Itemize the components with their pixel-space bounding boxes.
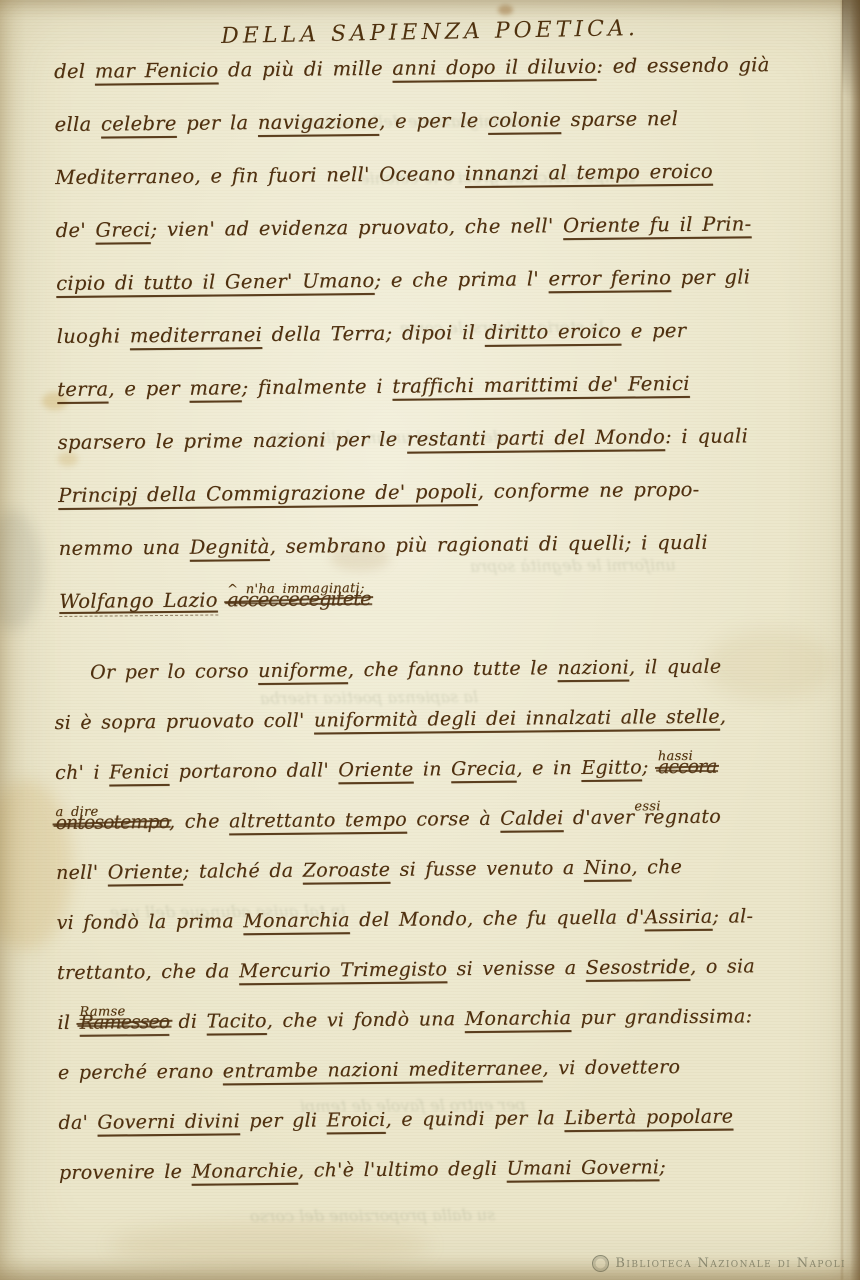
underlined-text: traffichi marittimi de' Fenici (392, 372, 690, 398)
manuscript-line: il RamseRamesseo di Tacito, che vi fondò… (57, 1005, 755, 1062)
text-run: ; e che prima l' (374, 267, 548, 292)
text-run: e perché erano (58, 1060, 223, 1084)
text-run: , conforme ne propo- (478, 478, 700, 503)
underlined-text: Zoroaste (303, 859, 391, 882)
underlined-text: entrambe nazioni mediterranee (223, 1057, 543, 1082)
library-emblem-icon (592, 1255, 609, 1272)
text-run: , che (169, 810, 229, 833)
underlined-text: Oriente fu il Prin- (563, 212, 752, 237)
manuscript-line: Principj della Commigrazione de' popoli,… (58, 477, 774, 537)
underlined-text: error ferino (548, 266, 671, 290)
text-run: luoghi (57, 324, 130, 348)
manuscript-line: ella celebre per la navigazione, e per l… (55, 106, 771, 166)
manuscript-line: trettanto, che da Mercurio Trimegisto si… (57, 955, 755, 1012)
manuscript-line: Or per lo corso uniforme, che fanno tutt… (54, 655, 752, 712)
underlined-text: Governi divini (97, 1110, 240, 1133)
text-run: , e in (516, 757, 581, 780)
underlined-text: Tacito (206, 1010, 266, 1033)
text-run: , che (631, 856, 682, 878)
text-run: Mediterraneo, e fin fuori nell' Oceano (55, 162, 465, 189)
manuscript-line: del mar Fenicio da più di mille anni dop… (54, 53, 770, 113)
strikethrough-scribble: accora (658, 756, 717, 779)
strikethrough-scribble: acceccecegitete (227, 587, 371, 611)
text-run: ella (55, 113, 102, 136)
paper-stain (498, 5, 513, 15)
underlined-text: Sesostride (586, 956, 691, 979)
underlined-text: Wolfango Lazio (59, 588, 218, 617)
page-title: DELLA SAPIENZA POETICA. (0, 12, 860, 54)
underlined-text: Assiria (644, 906, 712, 929)
text-run: per gli (240, 1109, 327, 1132)
underlined-text: mar Fenicio (95, 58, 219, 82)
manuscript-line: da' Governi divini per gli Eroici, e qui… (58, 1105, 756, 1162)
text-run: per la (177, 111, 258, 135)
text-run: d'aver (563, 806, 634, 829)
text-run: vi fondò la prima (56, 910, 243, 934)
manuscript-page: commigrazione delle nazioni tempo eroico… (0, 0, 860, 1280)
text-run: trettanto, che da (57, 960, 239, 984)
text-run: e per (621, 319, 686, 343)
underlined-text: anni dopo il diluvio (392, 55, 596, 80)
text-run: del (54, 60, 95, 83)
paragraph: Or per lo corso uniforme, che fanno tutt… (54, 655, 757, 1212)
underlined-text: nazioni (557, 656, 629, 679)
manuscript-line: a direontosotempo, che altrettanto tempo… (55, 805, 753, 862)
text-run: , e quindi per la (385, 1107, 564, 1131)
text-run: ; finalmente i (241, 375, 392, 399)
underlined-text: colonie (488, 108, 561, 132)
underlined-text: Mercurio Trimegisto (239, 958, 447, 982)
text-run: , vi dovettero (542, 1056, 680, 1079)
manuscript-line: provenire le Monarchie, ch'è l'ultimo de… (59, 1155, 757, 1212)
underlined-text: Monarchia (465, 1007, 572, 1030)
underlined-text: Monarchia (243, 909, 350, 932)
manuscript-line: nemmo una Degnità, sembrano più ragionat… (59, 530, 775, 590)
text-run: del Mondo, che fu quella d' (350, 906, 645, 931)
manuscript-line: e perché erano entrambe nazioni mediterr… (58, 1055, 756, 1112)
text-run: provenire le (59, 1161, 192, 1184)
text-run: ; (659, 1156, 666, 1178)
underlined-text: mare (189, 376, 241, 399)
strikethrough-scribble: Ramesseo (79, 1011, 169, 1034)
underlined-text: Monarchie (191, 1160, 298, 1183)
text-run (218, 588, 228, 611)
page-corner-shadow (842, 0, 860, 130)
manuscript-line: vi fondò la prima Monarchia del Mondo, c… (56, 905, 754, 962)
text-run: da più di mille (218, 57, 392, 82)
manuscript-line: sparsero le prime nazioni per le restant… (58, 424, 774, 484)
text-run: , che fanno tutte le (348, 657, 558, 681)
text-run: si è sopra pruovato coll' (54, 710, 314, 734)
underlined-text: Libertà popolare (564, 1106, 733, 1130)
underlined-text: restanti parti del Mondo (407, 425, 665, 450)
underlined-text: mediterranei (130, 323, 263, 347)
underlined-text: navigazione (258, 110, 379, 134)
underlined-text: terra (57, 377, 108, 400)
text-run: sparsero le prime nazioni per le (58, 428, 408, 454)
underlined-text: Degnità (190, 535, 270, 559)
text-run: : ed essendo già (596, 53, 769, 78)
text-run: , e per le (379, 109, 488, 133)
text-run: portarono dall' (169, 759, 338, 783)
paper-stain (110, 1222, 430, 1268)
text-run: pur grandissima: (571, 1005, 752, 1029)
manuscript-line: luoghi mediterranei della Terra; dipoi i… (57, 318, 773, 378)
underlined-text: innanzi al tempo eroico (465, 160, 713, 185)
manuscript-line: Wolfango Lazio ^ n'ha immaginati;accecce… (59, 583, 775, 643)
text-run: in (413, 758, 451, 780)
underlined-text: Greci (95, 218, 150, 242)
text-run: di (169, 1011, 207, 1033)
text-run: , il quale (629, 656, 722, 679)
watermark-text: Biblioteca Nazionale di Napoli (615, 1256, 846, 1271)
underlined-text: Umani Governi (506, 1156, 659, 1179)
text-run: ; talché da (183, 860, 303, 883)
underlined-text: Caldei (500, 807, 563, 830)
underlined-text: Grecia (451, 758, 517, 781)
underlined-text: Fenici (109, 761, 169, 784)
text-run: nell' (56, 861, 108, 883)
text-run: , (720, 706, 727, 728)
underlined-text: Eroici (326, 1109, 385, 1132)
underlined-text: altrettanto tempo (229, 809, 407, 833)
underlined-text: Oriente (108, 861, 183, 884)
manuscript-line: nell' Oriente; talché da Zoroaste si fus… (56, 855, 754, 912)
text-run: si fusse venuto a (390, 857, 584, 881)
text-run: corse à (407, 808, 501, 831)
watermark: Biblioteca Nazionale di Napoli (592, 1255, 846, 1272)
underlined-text: uniforme (258, 659, 348, 682)
underlined-text: celebre (101, 112, 177, 136)
underlined-text: Principj della Commigrazione de' popoli (58, 480, 478, 507)
page-crease (841, 0, 843, 1280)
manuscript-line: cipio di tutto il Gener' Umano; e che pr… (56, 265, 772, 325)
text-run: de' (56, 219, 96, 242)
underlined-text: Oriente (338, 759, 413, 782)
text-run: sparse nel (561, 107, 678, 131)
underlined-text: cipio di tutto il Gener' Umano (56, 269, 375, 295)
underlined-text: Egitto (581, 756, 642, 779)
text-run: , che vi fondò una (267, 1008, 465, 1032)
text-run: nemmo una (59, 536, 190, 560)
paper-stain (0, 510, 42, 630)
page-edge (850, 0, 860, 1280)
text-run: : i quali (665, 424, 748, 448)
manuscript-line: terra, e per mare; finalmente i traffich… (57, 371, 773, 431)
manuscript-line: si è sopra pruovato coll' uniformità deg… (54, 705, 752, 762)
text-run: ; vien' ad evidenza pruovato, che nell' (150, 214, 563, 241)
text-run: della Terra; dipoi il (262, 321, 485, 346)
strikethrough-scribble: ontosotempo (55, 811, 169, 834)
manuscript-line: Mediterraneo, e fin fuori nell' Oceano i… (55, 159, 771, 219)
paragraph: del mar Fenicio da più di mille anni dop… (54, 53, 775, 643)
text-run: ch' i (55, 761, 109, 784)
manuscript-line: de' Greci; vien' ad evidenza pruovato, c… (56, 212, 772, 272)
text-run: Or per lo corso (90, 660, 258, 684)
text-run: ; al- (712, 905, 753, 927)
text-run: , e per (108, 377, 189, 401)
text-run: per gli (671, 265, 750, 289)
text-run: , sembrano più ragionati di quelli; i qu… (270, 531, 708, 558)
text-run: , ch'è l'ultimo degli (298, 1158, 507, 1182)
text-run: si venisse a (447, 957, 586, 980)
underlined-text: Nino (584, 856, 632, 878)
text-run: da' (58, 1112, 97, 1134)
text-run: , o sia (690, 955, 755, 978)
underlined-text: uniformità degli dei innalzati alle stel… (314, 706, 720, 732)
underlined-text: diritto eroico (485, 320, 622, 344)
